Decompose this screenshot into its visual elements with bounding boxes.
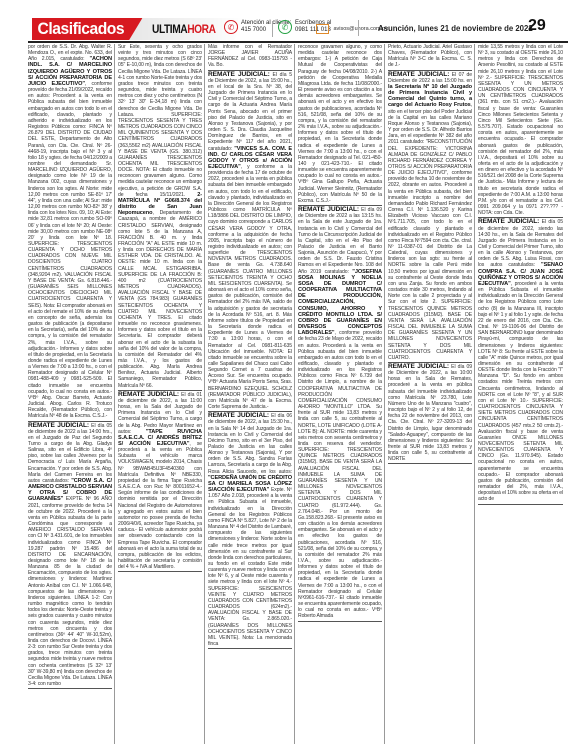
- logo-part-ultima: ULTIMA: [152, 22, 187, 36]
- classified-notice: REMATE JUDICIAL: El 07 de Diciembre de 2…: [388, 72, 472, 361]
- notice-heading: REMATE JUDICIAL:: [28, 422, 89, 429]
- notice-text: reconoce gravamen alguno, y como medida …: [298, 44, 382, 204]
- classified-notice: Sur Este, sesenta y ocho grados veinte y…: [118, 44, 202, 389]
- envelope-icon: [316, 24, 329, 34]
- notice-text: EXPTE. Nº 96 AÑO 2021, conforme proveído…: [28, 496, 112, 687]
- notice-text: , sito en el tercer piso del Poder Judic…: [388, 102, 472, 360]
- notice-text: , y conforme a la providencia de fecha 1…: [208, 164, 292, 410]
- column-2: Sur Este, sesenta y ocho grados veinte y…: [118, 44, 205, 744]
- issue-date: Asunción, lunes 21 de noviembre de 2022: [378, 24, 533, 33]
- notice-bold-text: la Secretaría Nº 10 del Juzgado de Prime…: [388, 84, 472, 108]
- logo-part-hora: HORA: [187, 22, 215, 36]
- notice-text: , procederé a la venta en Pública Subast…: [478, 281, 563, 502]
- notice-end-marker: [388, 463, 472, 464]
- notice-end-marker: [208, 648, 292, 649]
- notice-text: El día 5 de Diciembre de 2022, a las 15:…: [208, 72, 292, 152]
- section-title: Clasificados: [32, 18, 142, 40]
- notice-text: , Departamento de Caazapá, a nombre de A…: [118, 210, 202, 388]
- notice-text: , se procederá a la venta en Pública Sub…: [118, 441, 202, 570]
- notice-text: El día 05 de diciembre de 2022, siendo l…: [478, 219, 563, 268]
- page-number: 29: [528, 17, 546, 35]
- notice-heading: REMATE JUDICIAL:: [298, 206, 359, 213]
- classified-notice: REMATE JUDICIAL: El día 5 de Diciembre d…: [208, 72, 292, 411]
- column-5: Prieto, Actuario Judicial. Ariel Gustavo…: [388, 44, 475, 744]
- classified-notice: Más informe con el Rematador JORGE JAVIE…: [208, 44, 292, 69]
- notice-text: El día 09 de Diciembre de 2022 a las 13:…: [298, 207, 382, 275]
- notice-text: Más informe con el Rematador JORGE JAVIE…: [208, 44, 292, 68]
- notice-end-marker: [478, 504, 563, 505]
- classified-notice: REMATE JUDICIAL: El día 09 de Diciembre …: [298, 207, 382, 619]
- notice-text: , conforme proveído de fecha 21/09/2022,…: [28, 81, 112, 419]
- whatsapp-icon: ✆: [278, 20, 292, 34]
- column-4: reconoce gravamen alguno, y como medida …: [298, 44, 385, 744]
- newspaper-page: Clasificados ULTIMAHORA ✆ Atención al cl…: [0, 0, 580, 756]
- notice-end-marker: [298, 621, 382, 622]
- column-1: por orden de S.S. Dr. Abg. Walter R. Men…: [28, 44, 115, 744]
- classifieds-columns: por orden de S.S. Dr. Abg. Walter R. Men…: [28, 44, 568, 744]
- classified-notice: REMATE JUDICIAL: El día 09 de Diciembre …: [388, 364, 472, 463]
- notice-text: Prieto, Actuario Judicial. Ariel Gustavo…: [388, 44, 472, 68]
- phone-icon: ✆: [224, 20, 238, 34]
- notice-text: Expte. Nº 1.057 Año 2.018, procederé a l…: [208, 487, 292, 647]
- notice-text: mide 13,55 metros y linda con el Lote Nº…: [478, 44, 563, 216]
- notice-heading: REMATE JUDICIAL:: [208, 412, 269, 419]
- notice-text: Sur Este, sesenta y ocho grados veinte y…: [118, 44, 202, 198]
- classified-notice: REMATE JUDICIAL: El día 06 de diciembre …: [208, 413, 292, 647]
- header-divider: [358, 20, 359, 36]
- header-divider: [272, 21, 273, 37]
- classified-notice: mide 13,55 metros y linda con el Lote Nº…: [478, 44, 563, 216]
- classified-notice: Prieto, Actuario Judicial. Ariel Gustavo…: [388, 44, 472, 69]
- notice-heading: REMATE JUDICIAL:: [118, 391, 179, 398]
- classified-notice: REMATE JUDICIAL: El día 05 de diciembre …: [28, 423, 112, 688]
- notice-heading: REMATE JUDICIAL:: [478, 218, 539, 225]
- notice-end-marker: [118, 571, 202, 572]
- notice-text: , conforme proveído de fecha 23 de Mayo …: [298, 330, 382, 619]
- classified-notice: reconoce gravamen alguno, y como medida …: [298, 44, 382, 204]
- column-3: Más informe con el Rematador JORGE JAVIE…: [208, 44, 295, 744]
- notice-text: El día 05 de diciembre de 2022 a las 14:…: [28, 423, 112, 484]
- notice-heading: REMATE JUDICIAL:: [388, 363, 449, 370]
- header-rule: [28, 41, 568, 43]
- notice-heading: REMATE JUDICIAL:: [388, 71, 449, 78]
- phone-number: 415 7000: [241, 27, 266, 33]
- newspaper-logo: ULTIMAHORA: [152, 22, 216, 36]
- notice-heading: REMATE JUDICIAL:: [208, 71, 270, 78]
- column-6: mide 13,55 metros y linda con el Lote Nº…: [478, 44, 565, 744]
- classified-notice: REMATE JUDICIAL: El día 05 de diciembre …: [478, 219, 563, 502]
- classified-notice: REMATE JUDICIAL: El día 01 de diciembre …: [118, 392, 202, 571]
- notice-end-marker: [28, 688, 112, 689]
- classified-notice: por orden de S.S. Dr. Abg. Walter R. Men…: [28, 44, 112, 420]
- notice-text: El día 06 de diciembre de 2022, a las 15…: [208, 413, 292, 474]
- notice-text: El día 09 de Diciembre de 2022, a las 10…: [388, 364, 472, 462]
- notice-bold-text: "JOSEFINA SOSA MOLINAS Y NOELIA SOSA DE …: [298, 269, 382, 337]
